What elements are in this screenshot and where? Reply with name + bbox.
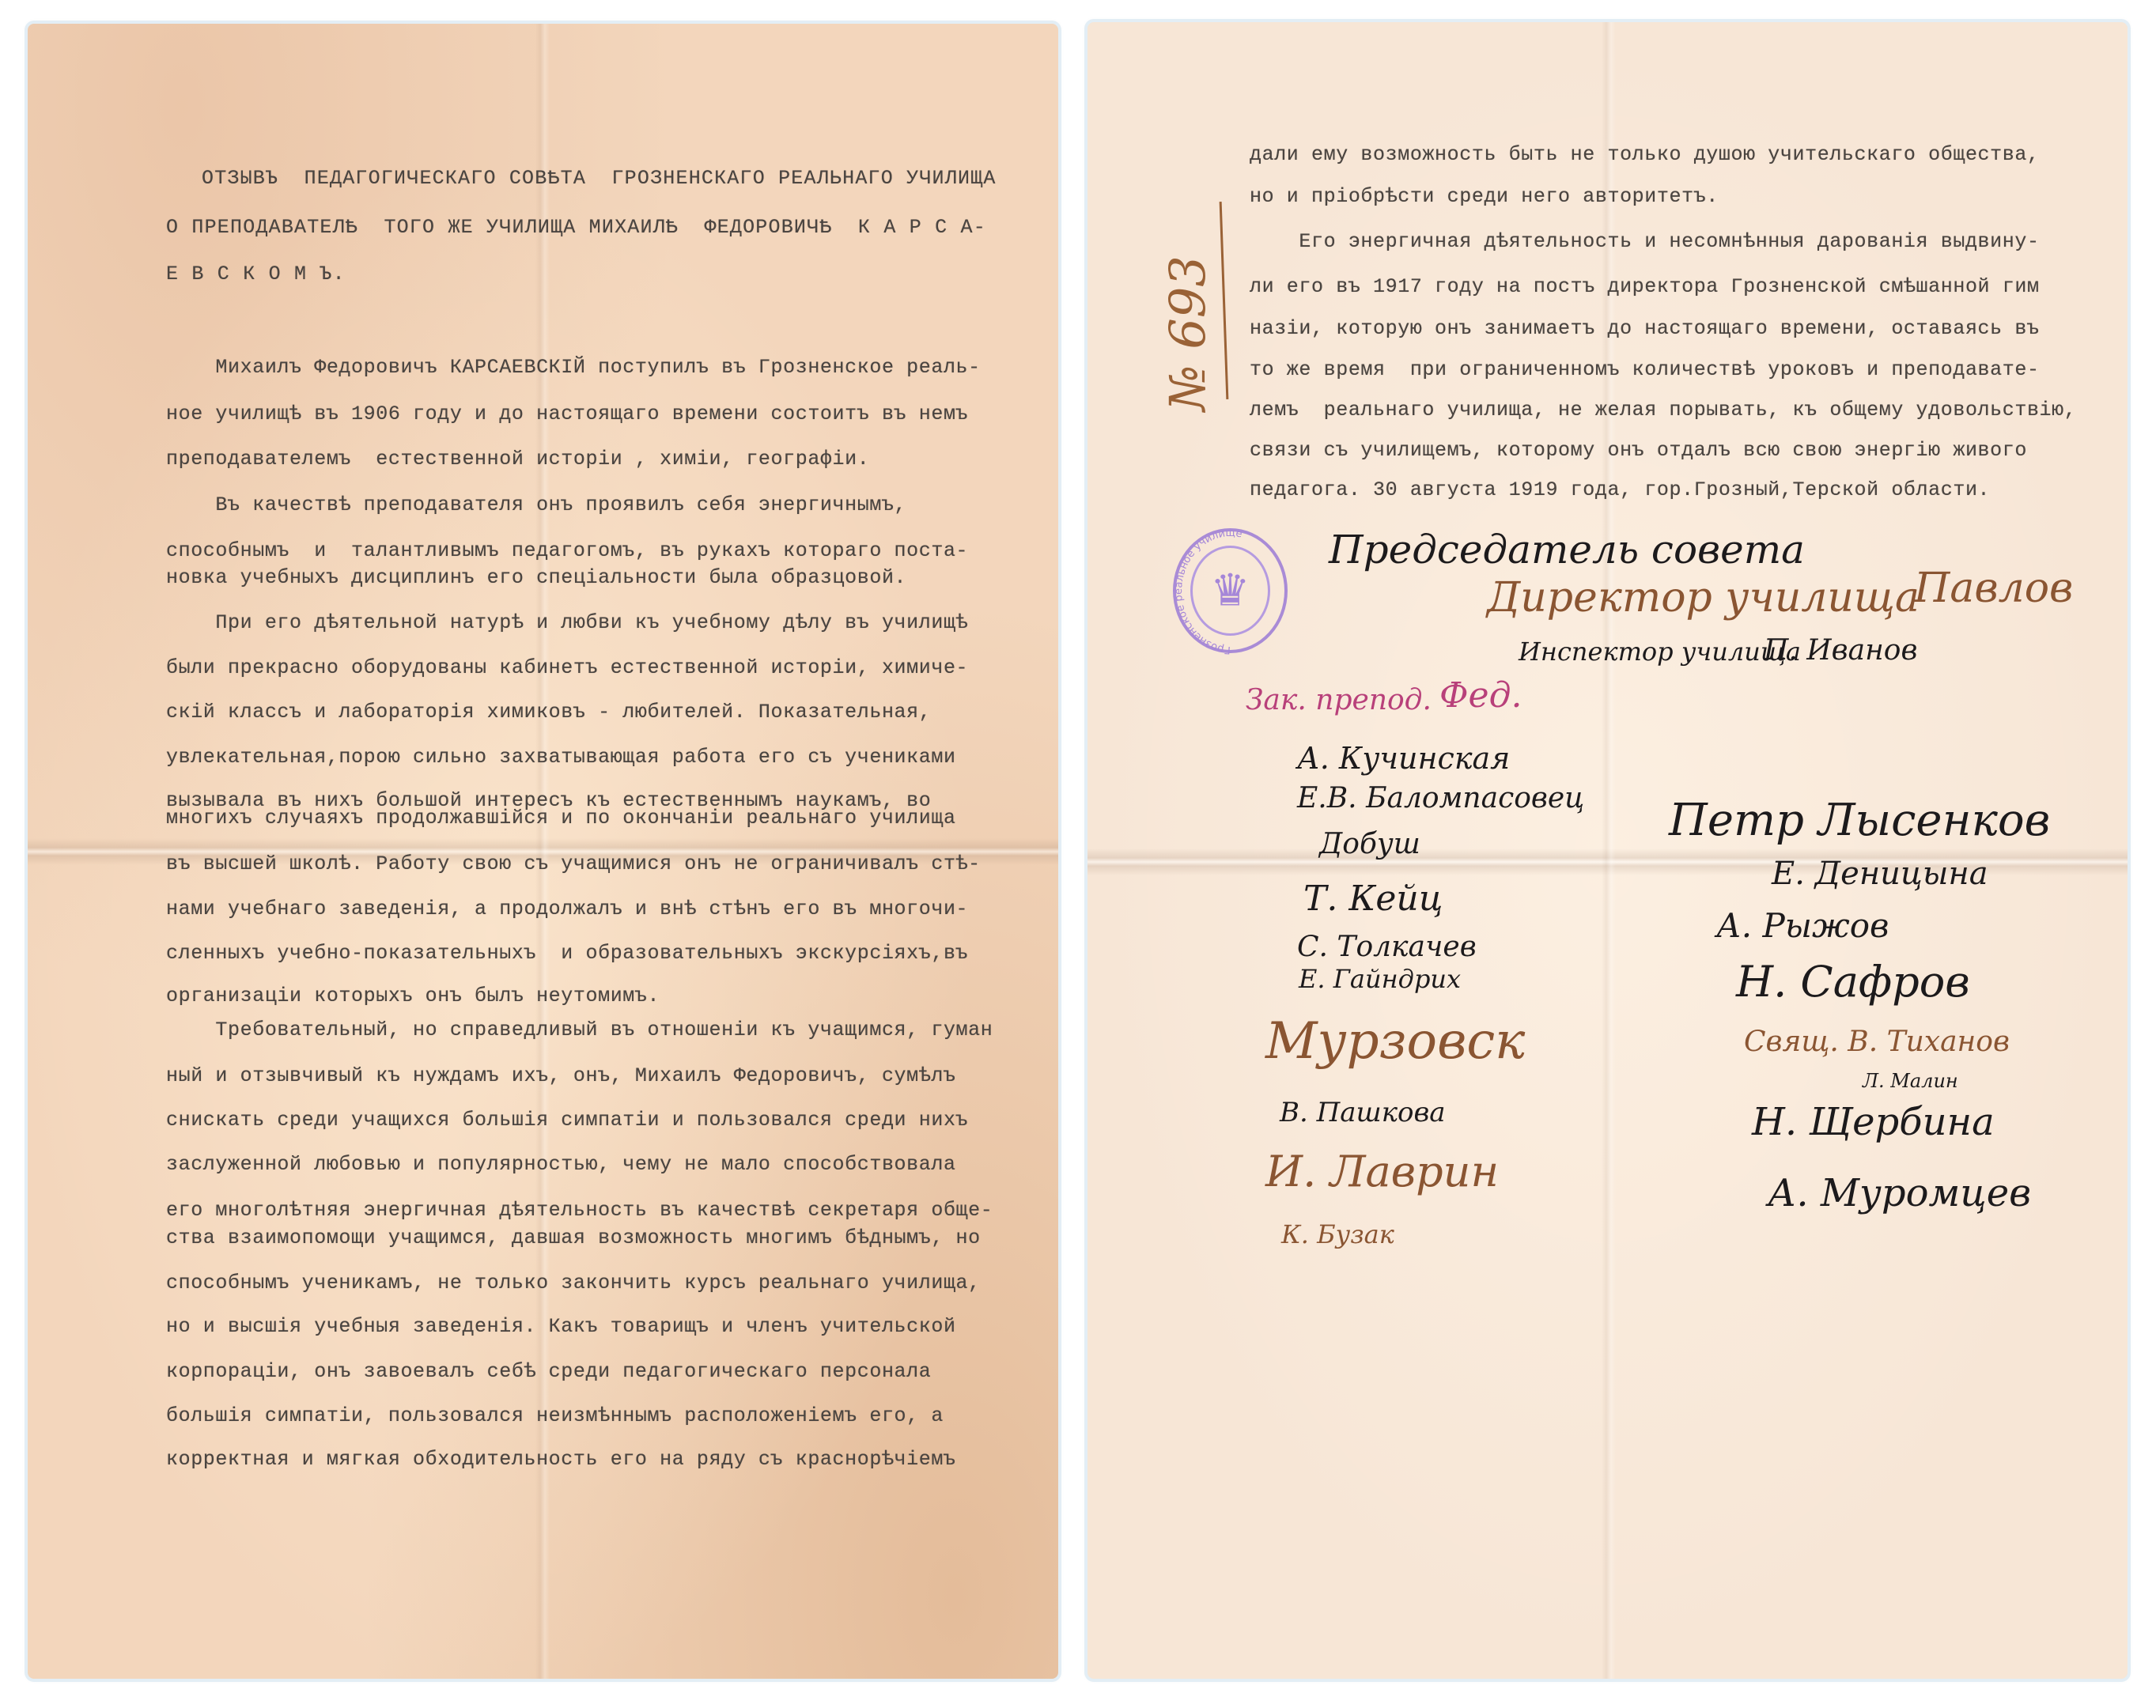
document-page-right bbox=[1087, 22, 2128, 1679]
text-line: ли его въ 1917 году на постъ директора Г… bbox=[1250, 277, 2040, 297]
signature: Свящ. В. Тиханов bbox=[1744, 1028, 2010, 1056]
text-line: педагога. 30 августа 1919 года, гор.Гроз… bbox=[1250, 480, 1990, 500]
text-line: преподавателемъ естественной исторіи , х… bbox=[166, 449, 869, 469]
registration-number: № 693 bbox=[1159, 255, 1216, 411]
text-line: корректная и мягкая обходительность его … bbox=[166, 1449, 956, 1469]
signature: Н. Щербина bbox=[1752, 1103, 1995, 1141]
text-line: но и высшія учебныя заведенія. Какъ това… bbox=[166, 1317, 956, 1336]
text-line: въ высшей школѣ. Работу свою съ учащимис… bbox=[166, 854, 981, 874]
text-line: дали ему возможность быть не только душо… bbox=[1250, 145, 2040, 164]
signature: К. Бузак bbox=[1281, 1222, 1394, 1247]
text-line: При его дѣятельной натурѣ и любви къ уче… bbox=[166, 613, 968, 633]
signature: В. Пашкова bbox=[1280, 1099, 1446, 1126]
inspector-title: Инспектор училища bbox=[1519, 639, 1801, 664]
svg-text:Грозненское реальное училище: Грозненское реальное училище bbox=[1173, 527, 1243, 656]
signature: А. Муромцев bbox=[1768, 1174, 2031, 1212]
text-line: нами учебнаго заведенія, а продолжалъ и … bbox=[166, 899, 968, 919]
signature: Н. Сафров bbox=[1736, 961, 1970, 1003]
text-line: Михаилъ Федоровичъ КАРСАЕВСКІЙ поступилъ… bbox=[166, 357, 981, 377]
text-line: сленныхъ учебно-показательныхъ и образов… bbox=[166, 943, 968, 963]
chairman-signature: Председатель совета bbox=[1329, 530, 1805, 569]
text-line: его многолѣтняя энергичная дѣятельность … bbox=[166, 1200, 993, 1220]
text-line: то же время при ограниченномъ количествѣ… bbox=[1250, 360, 2040, 380]
text-line: снискать среди учащихся большія симпатіи… bbox=[166, 1110, 968, 1130]
signature: Е.В. Баломпасовец bbox=[1297, 784, 1584, 813]
text-line: Его энергичная дѣятельность и несомнѣнны… bbox=[1250, 232, 2040, 251]
paper-fold-vertical bbox=[1602, 22, 1616, 1679]
text-line: связи съ училищемъ, которому онъ отдалъ … bbox=[1250, 440, 2027, 460]
text-line: ства взаимопомощи учащимся, давшая возмо… bbox=[166, 1228, 981, 1248]
text-line: назіи, которую онъ занимаетъ до настояща… bbox=[1250, 319, 2040, 338]
text-line: способнымъ ученикамъ, не только закончит… bbox=[166, 1273, 981, 1293]
text-line: корпораціи, онъ завоевалъ себѣ среди пед… bbox=[166, 1362, 931, 1381]
acting-teacher-signature: Фед. bbox=[1439, 678, 1522, 713]
text-line: заслуженной любовью и популярностью, чем… bbox=[166, 1154, 956, 1174]
text-line: увлекательная,порою сильно захватывающая… bbox=[166, 747, 956, 767]
text-line: Въ качествѣ преподавателя онъ проявилъ с… bbox=[166, 495, 906, 515]
title-line-3: Е В С К О М Ъ. bbox=[166, 264, 346, 284]
signature: Мурзовск bbox=[1265, 1016, 1525, 1067]
paper-fold-vertical bbox=[535, 24, 550, 1679]
signature: Л. Малин bbox=[1863, 1071, 1958, 1090]
text-line: Требовательный, но справедливый въ отнош… bbox=[166, 1020, 993, 1040]
text-line: но и пріобрѣсти среди него авторитетъ. bbox=[1250, 187, 1719, 206]
signature: А. Рыжов bbox=[1716, 909, 1889, 943]
signature: Т. Кейц bbox=[1303, 882, 1443, 916]
text-line: скій классъ и лабораторія химиковъ - люб… bbox=[166, 702, 931, 722]
signature: Е. Гайндрих bbox=[1299, 966, 1461, 992]
text-line: ное училищѣ въ 1906 году и до настоящаго… bbox=[166, 404, 968, 424]
signature: Е. Деницына bbox=[1772, 858, 1988, 890]
signature: Петр Лысенков bbox=[1669, 799, 2050, 843]
signature: Добуш bbox=[1319, 830, 1420, 859]
title-line-2: О ПРЕПОДАВАТЕЛѢ ТОГО ЖЕ УЧИЛИЩА МИХАИЛѢ … bbox=[166, 217, 986, 237]
text-line: были прекрасно оборудованы кабинетъ есте… bbox=[166, 658, 968, 678]
director-signature: Павлов bbox=[1914, 568, 2073, 609]
text-line: новка учебныхъ дисциплинъ его спеціально… bbox=[166, 568, 906, 588]
signature: А. Кучинская bbox=[1297, 743, 1510, 773]
signature: И. Лаврин bbox=[1265, 1151, 1499, 1193]
text-line: большія симпатіи, пользовался неизмѣнным… bbox=[166, 1406, 944, 1426]
inspector-signature: П. Иванов bbox=[1764, 637, 1917, 665]
text-line: ный и отзывчивый къ нуждамъ ихъ, онъ, Ми… bbox=[166, 1066, 956, 1086]
seal-text: Грозненское реальное училище bbox=[1171, 522, 1290, 656]
text-line: организаціи которыхъ онъ былъ неутомимъ. bbox=[166, 986, 660, 1006]
title-line-1: ОТЗЫВЪ ПЕДАГОГИЧЕСКАГО СОВѢТА ГРОЗНЕНСКА… bbox=[202, 168, 997, 188]
signature: С. Толкачев bbox=[1297, 933, 1477, 962]
director-title: Директор училища bbox=[1487, 577, 1920, 618]
official-seal: ♛ Грозненское реальное училище bbox=[1173, 528, 1288, 653]
text-line: способнымъ и талантливымъ педагогомъ, въ… bbox=[166, 541, 968, 561]
acting-teacher-title: Зак. препод. bbox=[1246, 686, 1432, 715]
text-line: лемъ реальнаго училища, не желая порыват… bbox=[1250, 400, 2076, 420]
text-line: многихъ случаяхъ продолжавшійся и по око… bbox=[166, 808, 956, 828]
